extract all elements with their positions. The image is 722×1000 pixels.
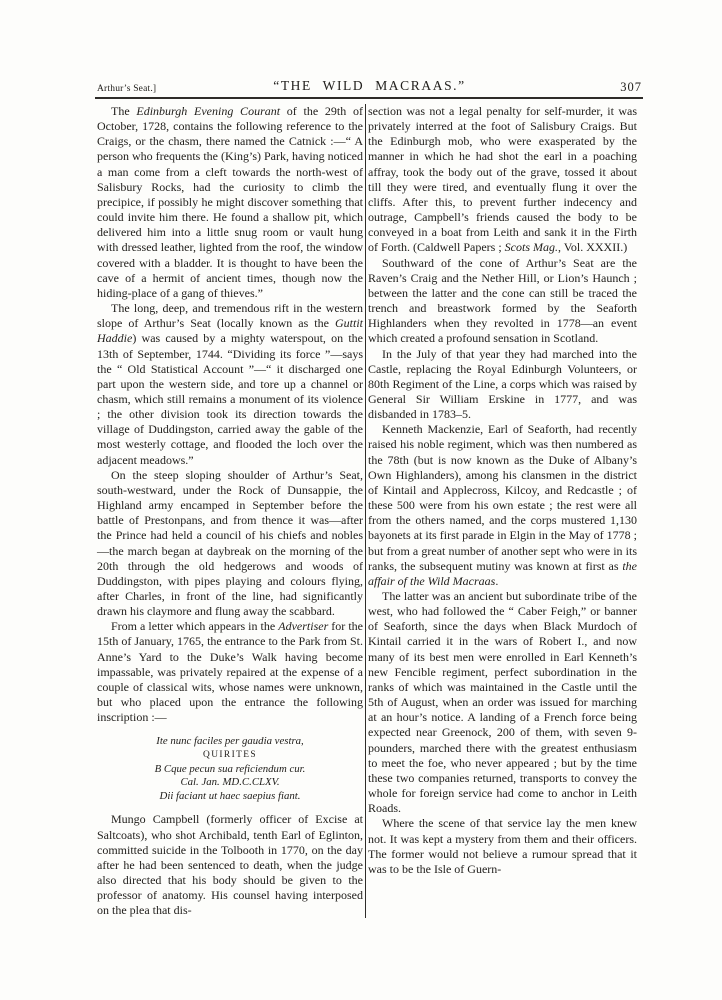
right-column: section was not a legal penalty for self…	[368, 104, 637, 918]
text-segment: On the steep sloping shoulder of Arthur’…	[97, 468, 363, 618]
paragraph: From a letter which appears in the Adver…	[97, 619, 363, 725]
paragraph: section was not a legal penalty for self…	[368, 104, 637, 256]
inscription-line: Cal. Jan. MD.C.CLXV.	[97, 776, 363, 790]
page-title: “THE WILD MACRAAS.”	[97, 77, 642, 94]
text-segment: Kenneth Mackenzie, Earl of Seaforth, had…	[368, 422, 637, 572]
inscription-line: B Cque pecun sua reficiendum cur.	[97, 763, 363, 777]
text-segment: In the July of that year they had marche…	[368, 347, 637, 422]
paragraph: The latter was an ancient but subordinat…	[368, 589, 637, 816]
inscription-line: Ite nunc faciles per gaudia vestra,	[97, 735, 363, 749]
text-segment: The	[111, 104, 136, 118]
running-title: Arthur’s Seat.]	[97, 84, 156, 94]
text-segment: Southward of the cone of Arthur’s Seat a…	[368, 256, 637, 346]
left-column: The Edinburgh Evening Courant of the 29t…	[97, 104, 363, 918]
italic-text: Advertiser	[278, 619, 328, 633]
italic-text: Edinburgh Evening Courant	[136, 104, 280, 118]
text-segment: The latter was an ancient but subordinat…	[368, 589, 637, 815]
text-segment: section was not a legal penalty for self…	[368, 104, 637, 254]
paragraph: In the July of that year they had marche…	[368, 347, 637, 423]
text-segment: ) was caused by a mighty waterspout, on …	[97, 331, 363, 466]
text-segment: .	[495, 574, 498, 588]
text-segment: of the 29th of October, 1728, contains t…	[97, 104, 363, 300]
inscription-block: Ite nunc faciles per gaudia vestra,QUIRI…	[97, 735, 363, 803]
paragraph: Where the scene of that service lay the …	[368, 816, 637, 877]
text-segment: From a letter which appears in the	[111, 619, 278, 633]
text-segment: , Vol. XXXII.)	[558, 240, 627, 254]
paragraph: Mungo Campbell (formerly officer of Exci…	[97, 812, 363, 918]
header-rule	[95, 97, 643, 99]
paragraph: Kenneth Mackenzie, Earl of Seaforth, had…	[368, 422, 637, 589]
book-page: Arthur’s Seat.] “THE WILD MACRAAS.” 307 …	[0, 0, 722, 1000]
column-divider-rule	[365, 104, 366, 918]
inscription-line: Dii faciant ut haec saepius fiant.	[97, 790, 363, 804]
page-number: 307	[620, 80, 642, 95]
text-segment: Mungo Campbell (formerly officer of Exci…	[97, 812, 363, 917]
paragraph: The Edinburgh Evening Courant of the 29t…	[97, 104, 363, 301]
paragraph: Southward of the cone of Arthur’s Seat a…	[368, 256, 637, 347]
text-columns: The Edinburgh Evening Courant of the 29t…	[97, 104, 637, 918]
page-header: Arthur’s Seat.] “THE WILD MACRAAS.” 307	[97, 77, 642, 96]
italic-text: Scots Mag.	[505, 240, 558, 254]
text-segment: The long, deep, and tremendous rift in t…	[97, 301, 363, 330]
paragraph: On the steep sloping shoulder of Arthur’…	[97, 468, 363, 620]
paragraph: The long, deep, and tremendous rift in t…	[97, 301, 363, 468]
text-segment: for the 15th of January, 1765, the entra…	[97, 619, 363, 724]
text-segment: Where the scene of that service lay the …	[368, 816, 637, 875]
inscription-line: QUIRITES	[97, 749, 363, 763]
